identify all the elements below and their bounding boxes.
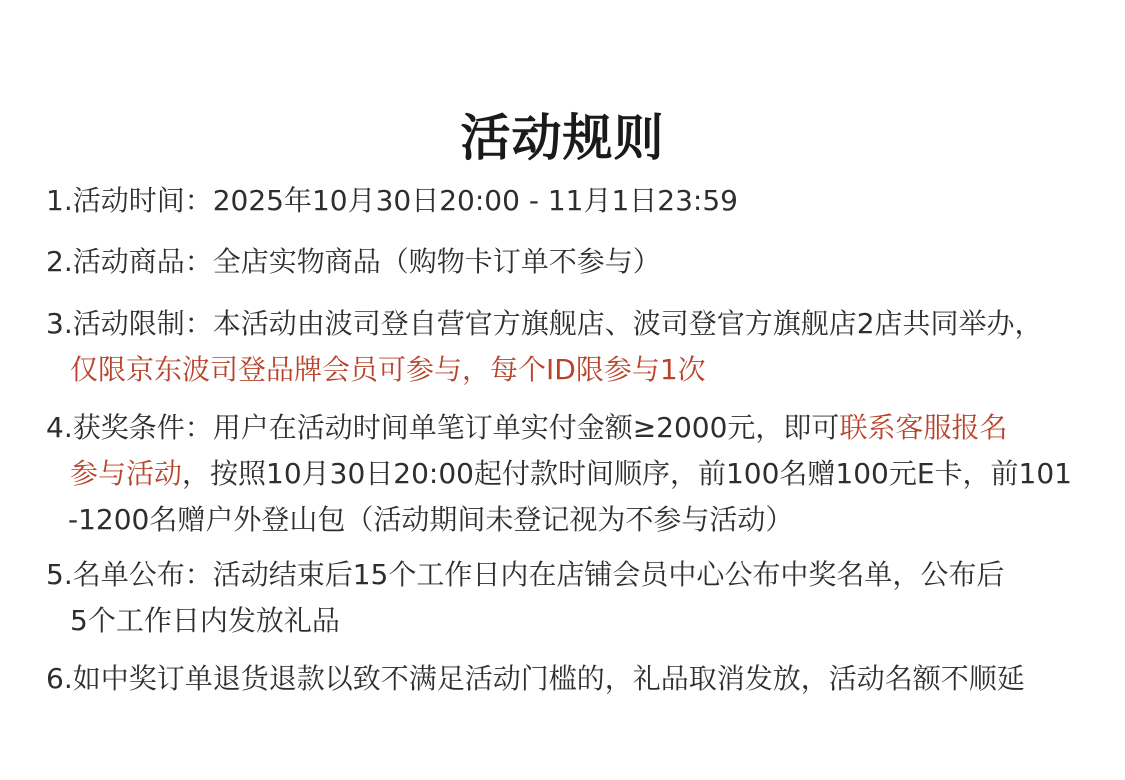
rule-3-member-only-highlight: 仅限京东波司登品牌会员可参与，每个ID限参与1次 [46, 347, 1096, 393]
page-title: 活动规则 [0, 106, 1125, 170]
rule-6-refund-policy: 6.如中奖订单退货退款以致不满足活动门槛的，礼品取消发放，活动名额不顺延 [46, 656, 1096, 702]
rule-6-text: 6.如中奖订单退货退款以致不满足活动门槛的，礼品取消发放，活动名额不顺延 [46, 656, 1096, 702]
rule-4-line-1-prefix: 4.获奖条件：用户在活动时间单笔订单实付金额≥2000元，即可 [46, 411, 839, 444]
rule-5-line-2: 5个工作日内发放礼品 [46, 598, 1096, 644]
rule-5-winner-announcement: 5.名单公布：活动结束后15个工作日内在店铺会员中心公布中奖名单，公布后 5个工… [46, 552, 1096, 644]
rule-4-line-3: -1200名赠户外登山包（活动期间未登记视为不参与活动） [46, 497, 1096, 543]
rule-4-line-2-suffix: ，按照10月30日20:00起付款时间顺序，前100名赠100元E卡，前101 [182, 457, 1072, 490]
contact-service-highlight: 联系客服报名 [839, 411, 1007, 444]
rule-4-award-conditions: 4.获奖条件：用户在活动时间单笔订单实付金额≥2000元，即可联系客服报名 参与… [46, 405, 1096, 543]
rule-1-activity-time: 1.活动时间：2025年10月30日20:00 - 11月1日23:59 [46, 178, 1096, 224]
join-activity-highlight: 参与活动 [70, 457, 182, 490]
rule-1-text: 1.活动时间：2025年10月30日20:00 - 11月1日23:59 [46, 178, 1096, 224]
rule-5-line-1: 5.名单公布：活动结束后15个工作日内在店铺会员中心公布中奖名单，公布后 [46, 552, 1096, 598]
rule-4-line-2: 参与活动，按照10月30日20:00起付款时间顺序，前100名赠100元E卡，前… [46, 451, 1096, 497]
rule-2-activity-products: 2.活动商品：全店实物商品（购物卡订单不参与） [46, 239, 1096, 285]
rule-4-line-1: 4.获奖条件：用户在活动时间单笔订单实付金额≥2000元，即可联系客服报名 [46, 405, 1096, 451]
rule-2-text: 2.活动商品：全店实物商品（购物卡订单不参与） [46, 239, 1096, 285]
rule-3-line-1: 3.活动限制：本活动由波司登自营官方旗舰店、波司登官方旗舰店2店共同举办， [46, 301, 1096, 347]
rule-3-activity-restrictions: 3.活动限制：本活动由波司登自营官方旗舰店、波司登官方旗舰店2店共同举办， 仅限… [46, 301, 1096, 393]
